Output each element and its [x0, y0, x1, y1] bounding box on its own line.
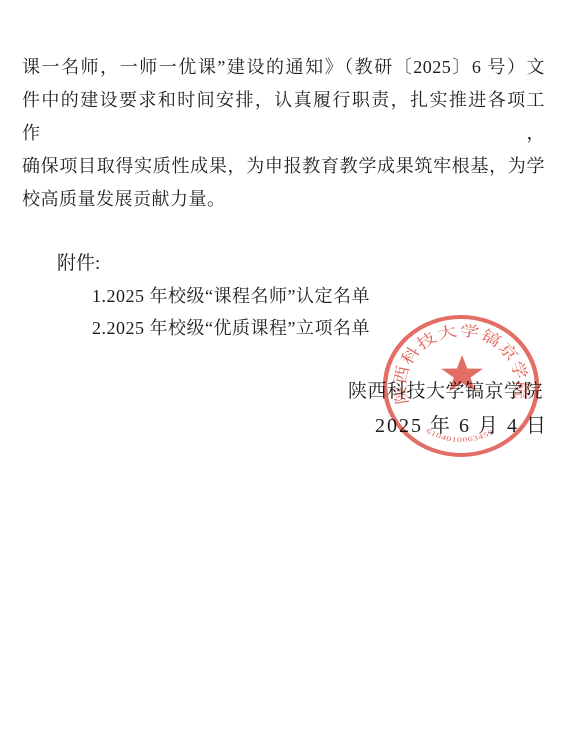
attachment-item: 1.2025 年校级“课程名师”认定名单	[92, 281, 370, 311]
body-line: 件中的建设要求和时间安排，认真履行职责，扎实推进各项工作，	[22, 84, 545, 150]
attachment-item: 2.2025 年校级“优质课程”立项名单	[92, 313, 370, 343]
signature-date: 2025 年 6 月 4 日	[375, 412, 548, 440]
body-line: 校高质量发展贡献力量。	[22, 183, 545, 216]
document-page: 课一名师，一师一优课”建设的通知》（教研〔2025〕6 号）文 件中的建设要求和…	[0, 0, 568, 747]
body-line: 确保项目取得实质性成果，为申报教育教学成果筑牢根基，为学	[22, 150, 545, 183]
attachments-label: 附件:	[57, 249, 100, 279]
body-line: 课一名师，一师一优课”建设的通知》（教研〔2025〕6 号）文	[22, 51, 545, 84]
body-paragraph: 课一名师，一师一优课”建设的通知》（教研〔2025〕6 号）文 件中的建设要求和…	[22, 51, 545, 216]
signature-org: 陕西科技大学镐京学院	[348, 378, 543, 406]
